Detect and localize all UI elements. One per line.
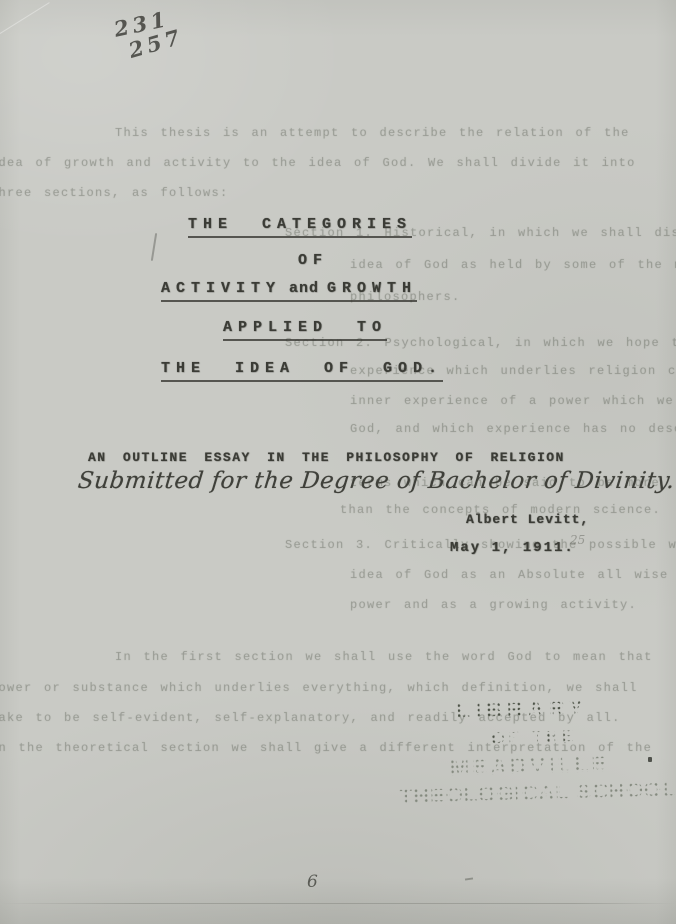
pencil-mark <box>151 233 157 261</box>
title-line-5: THE IDEA OF GOD. <box>161 360 443 382</box>
subtitle-handwritten: Submitted for the Degree of Bachelor of … <box>77 468 676 494</box>
title-line-1: THE CATEGORIES <box>188 216 412 238</box>
paper-crease <box>0 2 50 35</box>
scanned-page: This thesis is an attempt to describe th… <box>0 0 676 924</box>
stamp-line-theological-school: THEOLOGICAL SCHOOL <box>398 776 676 809</box>
stamp-line-of-the: OF THE <box>491 727 578 749</box>
handwritten-annotation: 25 <box>570 533 585 547</box>
title-line-2: OF <box>298 252 328 269</box>
author-name: Albert Levitt, <box>466 512 589 527</box>
bleedthrough-line: God, and which experience has no descrip… <box>350 422 676 436</box>
bleedthrough-line: In the first section we shall use the wo… <box>115 650 653 664</box>
title-line-4: APPLIED TO <box>223 319 387 341</box>
bleedthrough-line: power or substance which underlies every… <box>0 681 638 695</box>
bleedthrough-line: idea of God as held by some of the moder… <box>350 258 676 272</box>
pencil-dash <box>465 877 473 880</box>
date-line: May 1, 1911. <box>450 540 575 556</box>
bleedthrough-line: power and as a growing activity. <box>350 598 637 612</box>
title-line-3: ACTIVITYandGROWTH <box>161 280 417 302</box>
bleedthrough-line: This thesis is an attempt to describe th… <box>115 126 630 140</box>
title-word-activity: ACTIVITY <box>161 280 281 297</box>
bleedthrough-line: three sections, as follows: <box>0 186 229 200</box>
stamp-line-library: LIBRARY <box>456 695 589 724</box>
stamp-line-meadville: MEADVILLE <box>450 750 611 781</box>
title-word-and: and <box>289 280 319 297</box>
page-number-mark: 6 <box>307 872 318 892</box>
paper-edge-shadow <box>0 903 676 904</box>
call-number: 231 257 <box>112 6 186 63</box>
bleedthrough-line: inner experience of a power which we cal… <box>350 394 676 408</box>
ink-speck <box>648 757 652 762</box>
bleedthrough-line: idea of growth and activity to the idea … <box>0 156 636 170</box>
bleedthrough-line: idea of God as an Absolute all wise unfo… <box>350 568 676 582</box>
title-word-growth: GROWTH <box>327 280 417 297</box>
subtitle-typed: AN OUTLINE ESSAY IN THE PHILOSOPHY OF RE… <box>88 450 565 465</box>
